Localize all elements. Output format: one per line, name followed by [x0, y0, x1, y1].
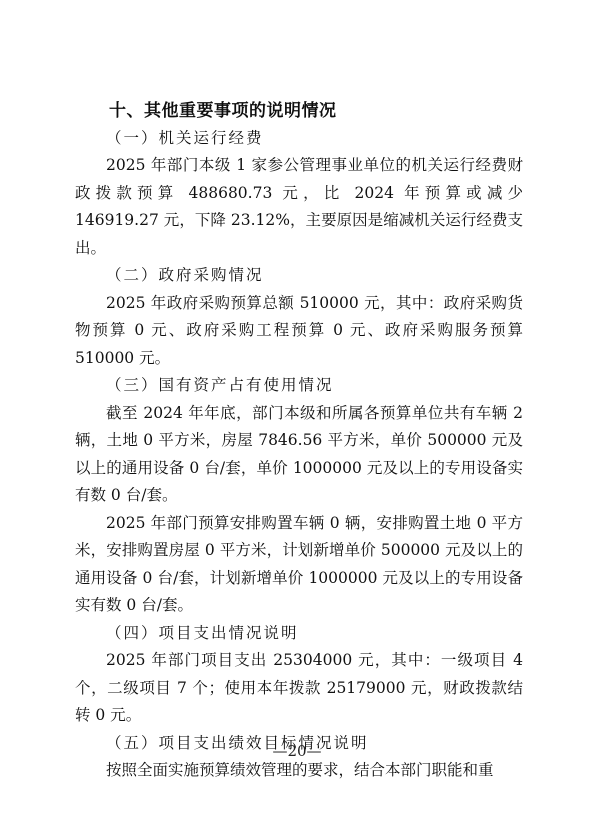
section-title-state-owned-assets: （三）国有资产占有使用情况 — [75, 372, 523, 400]
section-paragraph: 按照全面实施预算绩效管理的要求，结合本部门职能和重 — [75, 757, 523, 785]
section-paragraph: 2025 年部门本级 1 家参公管理事业单位的机关运行经费财政拨款预算 4886… — [75, 152, 523, 262]
section-title-government-procurement: （二）政府采购情况 — [75, 262, 523, 290]
section-title-operating-expenses: （一）机关运行经费 — [75, 125, 523, 153]
document-heading: 十、其他重要事项的说明情况 — [75, 97, 523, 125]
section-paragraph: 2025 年政府采购预算总额 510000 元，其中：政府采购货物预算 0 元、… — [75, 290, 523, 373]
section-paragraph: 截至 2024 年年底，部门本级和所属各预算单位共有车辆 2 辆，土地 0 平方… — [75, 400, 523, 510]
document-page: 十、其他重要事项的说明情况 （一）机关运行经费 2025 年部门本级 1 家参公… — [0, 0, 594, 840]
section-paragraph: 2025 年部门项目支出 25304000 元，其中：一级项目 4 个，二级项目… — [75, 647, 523, 730]
document-content: 十、其他重要事项的说明情况 （一）机关运行经费 2025 年部门本级 1 家参公… — [75, 97, 523, 785]
section-paragraph: 2025 年部门预算安排购置车辆 0 辆，安排购置土地 0 平方米，安排购置房屋… — [75, 510, 523, 620]
page-number: —20— — [0, 741, 594, 761]
section-title-project-expenditure: （四）项目支出情况说明 — [75, 620, 523, 648]
